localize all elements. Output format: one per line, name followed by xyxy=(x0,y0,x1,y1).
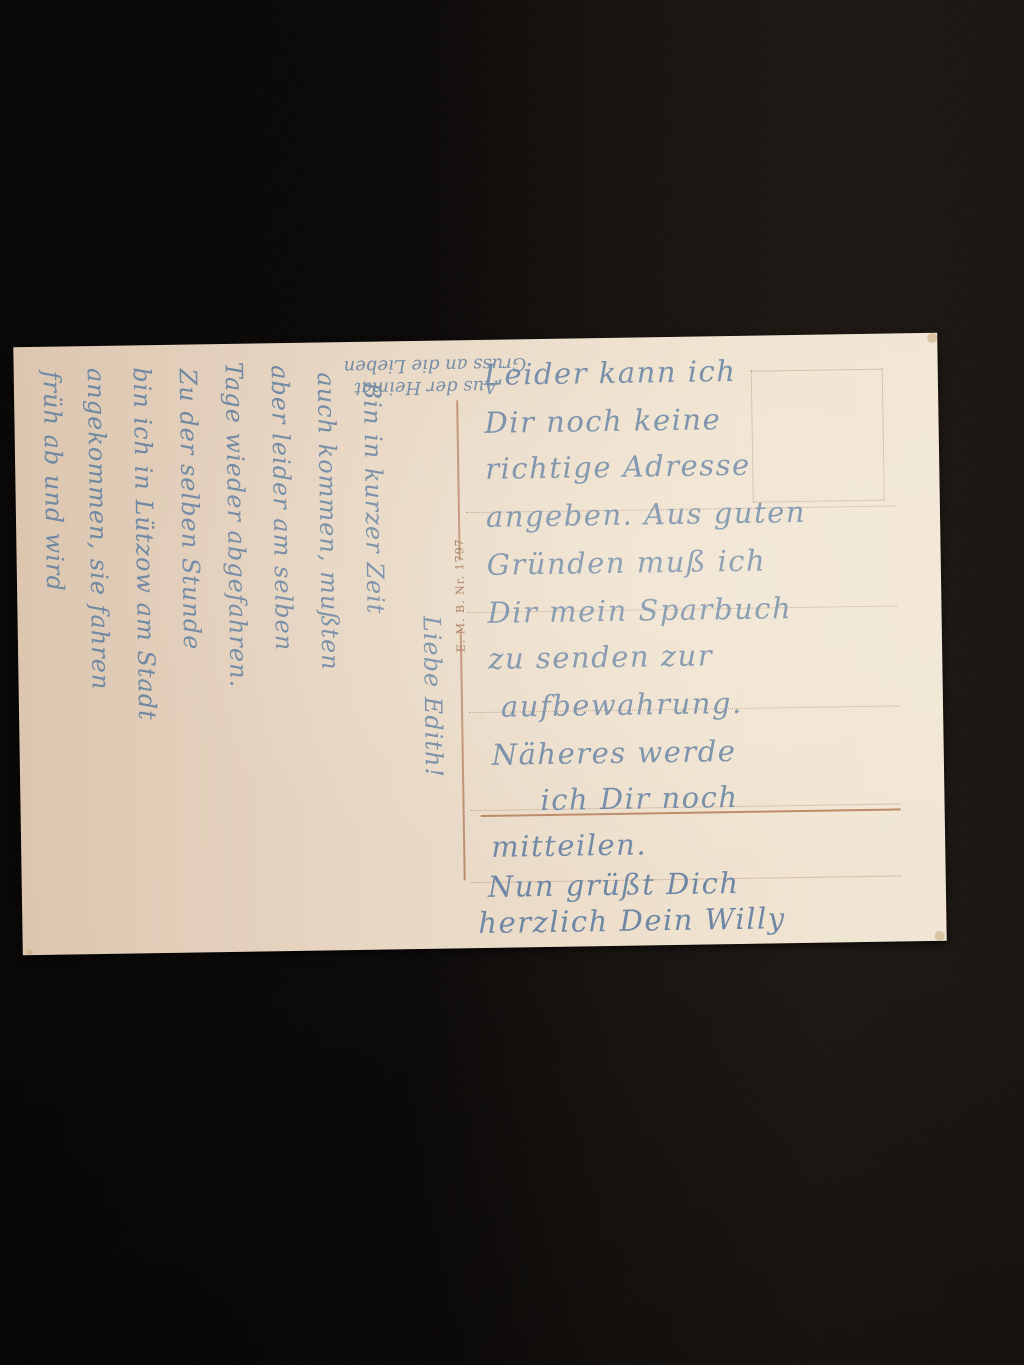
postcard: E. M. B. Nr. 1797 Leider kann ich Dir no… xyxy=(13,333,946,955)
handwritten-line: richtige Adresse xyxy=(485,448,751,486)
handwritten-column: Tage wieder abgefahren. xyxy=(220,362,253,689)
handwritten-top-note: Aus der Heimat xyxy=(354,376,498,399)
handwritten-line: ich Dir noch xyxy=(540,780,739,817)
handwritten-column: aber leider am selben xyxy=(266,365,298,652)
handwritten-column: angekommen, sie fahren xyxy=(82,368,115,691)
handwritten-line: Nun grüßt Dich xyxy=(488,866,740,904)
message-left-side: Liebe Edith! Bin in kurzer Zeit auch kom… xyxy=(13,340,462,955)
handwritten-greeting: Liebe Edith! xyxy=(418,616,449,779)
handwritten-top-note: Gruss an die Lieben xyxy=(343,353,526,377)
handwritten-line: Gründen muß ich xyxy=(486,543,766,581)
handwritten-column: auch kommen, mußten xyxy=(312,372,345,671)
handwritten-line: Dir noch keine xyxy=(484,402,721,440)
handwritten-line: Näheres werde xyxy=(491,734,736,772)
handwritten-line: aufbewahrung. xyxy=(501,686,743,724)
handwritten-column: Zu der selben Stunde xyxy=(174,368,206,650)
handwritten-column: Bin in kurzer Zeit xyxy=(358,381,390,614)
handwritten-column: bin ich in Lützow am Stadt xyxy=(128,367,162,721)
handwritten-line: zu senden zur xyxy=(488,638,713,676)
stamp-box xyxy=(751,369,885,503)
corner-wear xyxy=(927,333,937,343)
corner-wear xyxy=(935,931,945,941)
handwritten-line: mitteilen. xyxy=(491,827,647,863)
center-divider-line xyxy=(456,400,461,560)
handwritten-signature: herzlich Dein Willy xyxy=(478,901,786,940)
handwritten-line: Dir mein Sparbuch xyxy=(487,591,792,630)
handwritten-line: angeben. Aus guten xyxy=(486,495,806,534)
handwritten-column: früh ab und wird xyxy=(38,370,69,592)
fabric-background xyxy=(0,960,1024,1365)
